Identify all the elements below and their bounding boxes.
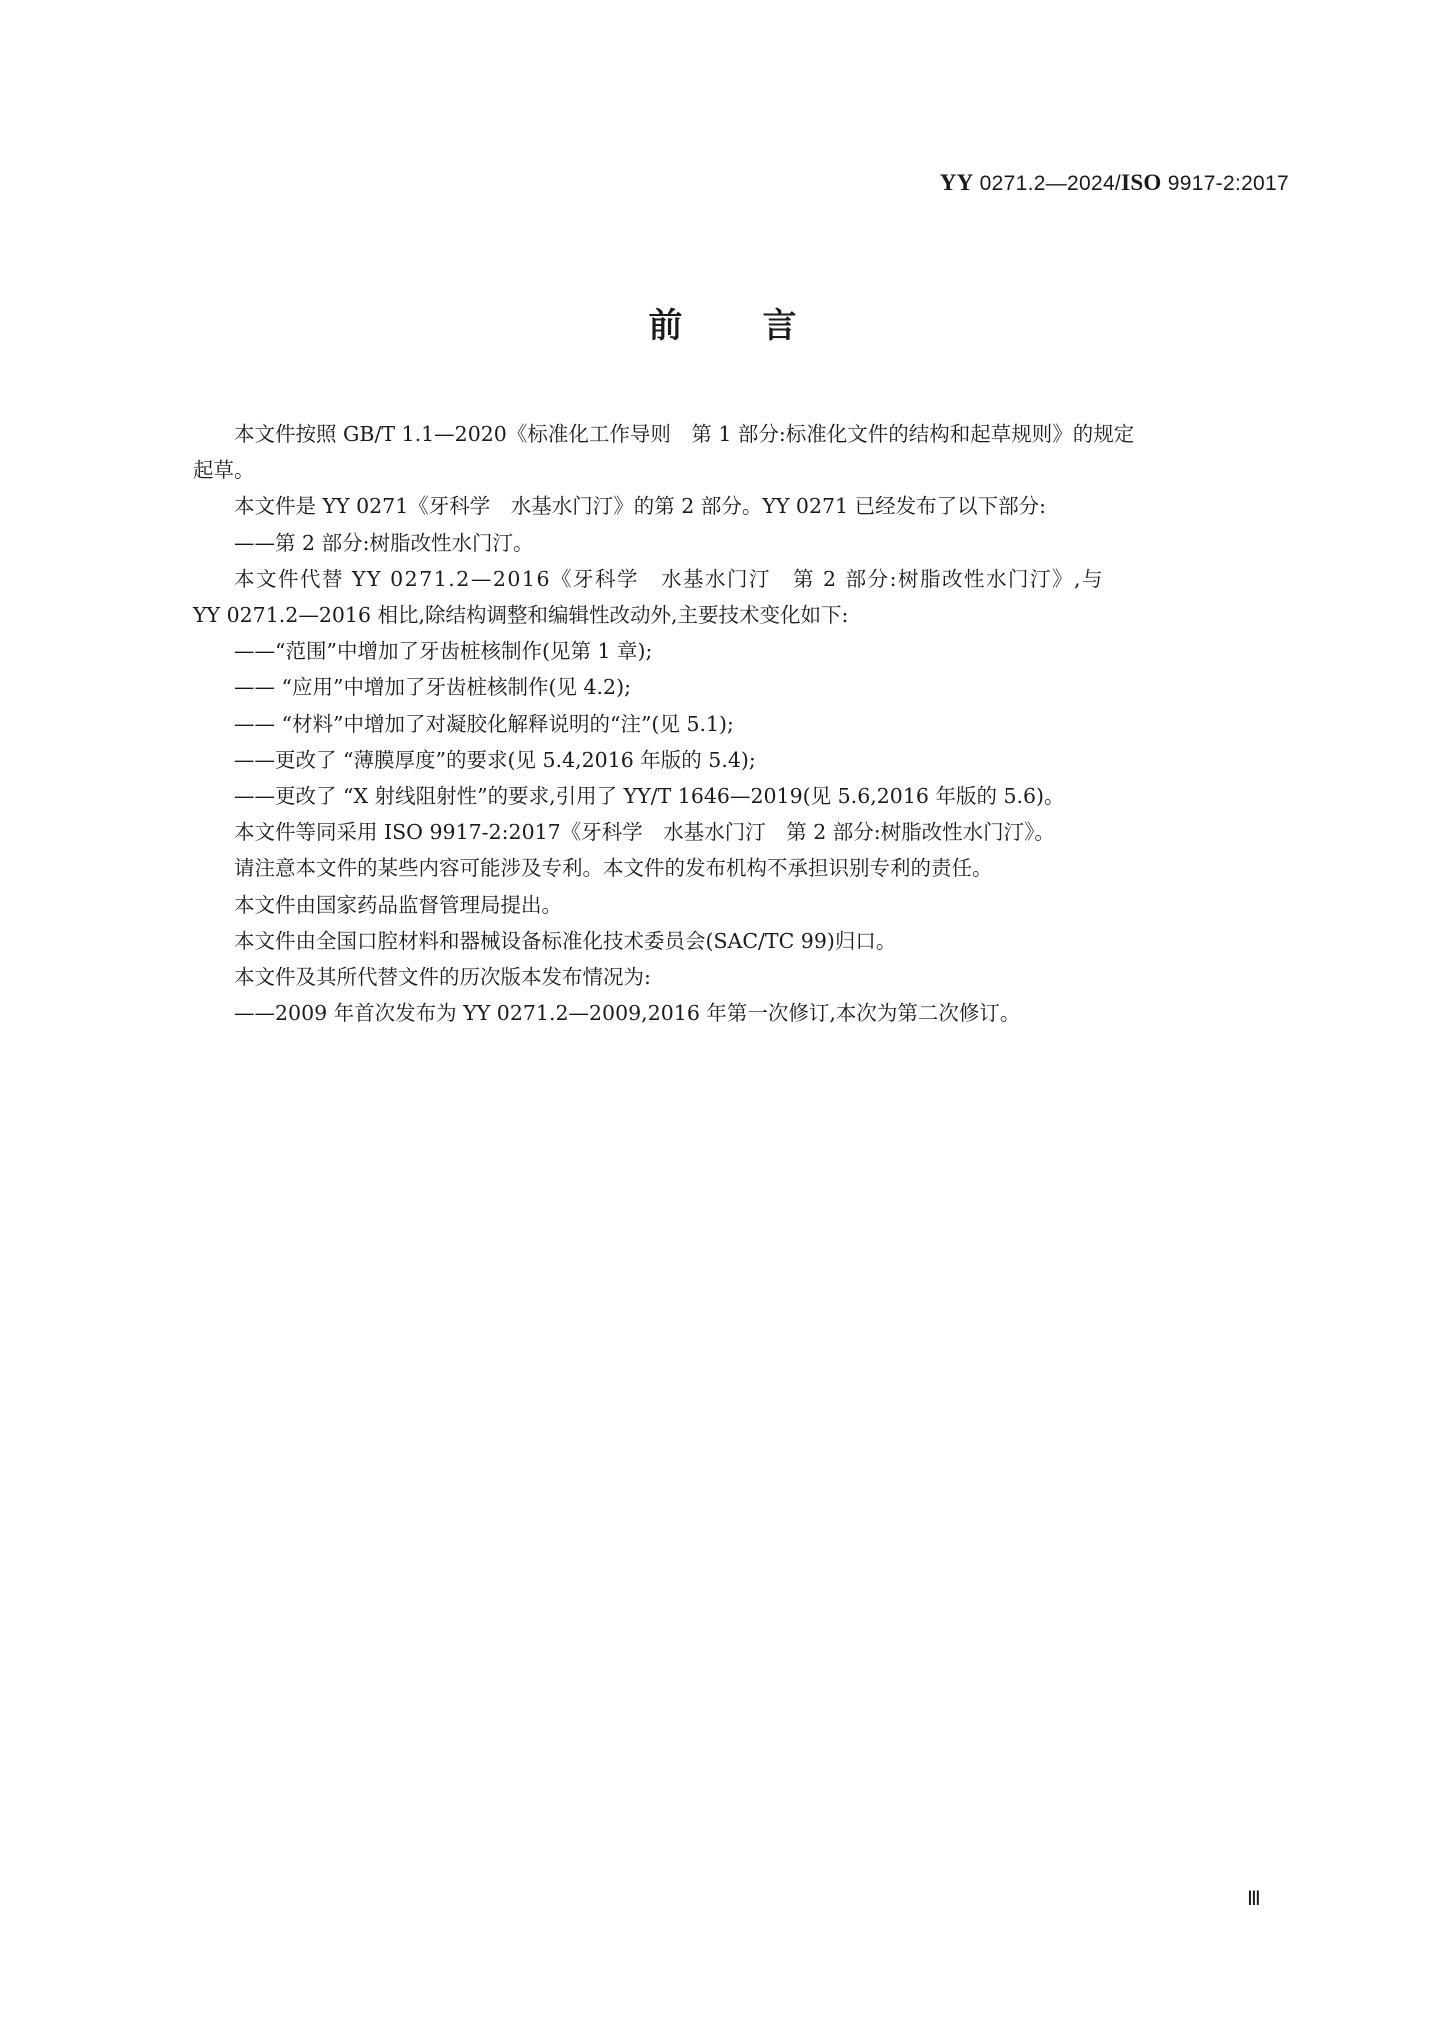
paragraph-drafting-rules-cont: 起草。 <box>193 452 1293 488</box>
paragraph-proposed-by: 本文件由国家药品监督管理局提出。 <box>193 887 1293 923</box>
paragraph-replaces-cont: YY 0271.2—2016 相比,除结构调整和编辑性改动外,主要技术变化如下: <box>193 597 1293 633</box>
standard-number: 0271.2—2024/ <box>974 172 1122 195</box>
paragraph-patent-notice: 请注意本文件的某些内容可能涉及专利。本文件的发布机构不承担识别专利的责任。 <box>193 850 1293 886</box>
iso-number: 9917-2:2017 <box>1162 172 1289 195</box>
list-item-change-radiopacity: ——更改了 “X 射线阻射性”的要求,引用了 YY/T 1646—2019(见 … <box>193 778 1293 814</box>
paragraph-history-intro: 本文件及其所代替文件的历次版本发布情况为: <box>193 959 1293 995</box>
paragraph-drafting-rules: 本文件按照 GB/T 1.1—2020《标准化工作导则 第 1 部分:标准化文件… <box>193 416 1293 452</box>
list-item-change-application: —— “应用”中增加了牙齿桩核制作(见 4.2); <box>193 669 1293 705</box>
title-char-1: 前 <box>649 298 683 347</box>
paragraph-managed-by: 本文件由全国口腔材料和器械设备标准化技术委员会(SAC/TC 99)归口。 <box>193 923 1293 959</box>
standard-code-header: YY 0271.2—2024/ISO 9917-2:2017 <box>940 170 1289 196</box>
title-char-2: 言 <box>763 298 797 347</box>
paragraph-replaces: 本文件代替 YY 0271.2—2016《牙科学 水基水门汀 第 2 部分:树脂… <box>193 561 1293 597</box>
iso-prefix: ISO <box>1121 170 1162 195</box>
paragraph-iso-adoption: 本文件等同采用 ISO 9917-2:2017《牙科学 水基水门汀 第 2 部分… <box>193 814 1293 850</box>
page-number: Ⅲ <box>1247 1886 1261 1911</box>
list-item-change-scope: ——“范围”中增加了牙齿桩核制作(见第 1 章); <box>193 633 1293 669</box>
paragraph-part-info: 本文件是 YY 0271《牙科学 水基水门汀》的第 2 部分。YY 0271 已… <box>193 488 1293 524</box>
page-title: 前言 <box>0 298 1445 347</box>
list-item-change-film-thickness: ——更改了 “薄膜厚度”的要求(见 5.4,2016 年版的 5.4); <box>193 742 1293 778</box>
list-item-change-materials: —— “材料”中增加了对凝胶化解释说明的“注”(见 5.1); <box>193 706 1293 742</box>
foreword-body: 本文件按照 GB/T 1.1—2020《标准化工作导则 第 1 部分:标准化文件… <box>193 416 1293 1031</box>
standard-prefix: YY <box>940 170 974 195</box>
list-item-history: ——2009 年首次发布为 YY 0271.2—2009,2016 年第一次修订… <box>193 995 1293 1031</box>
list-item-part2: ——第 2 部分:树脂改性水门汀。 <box>193 525 1293 561</box>
